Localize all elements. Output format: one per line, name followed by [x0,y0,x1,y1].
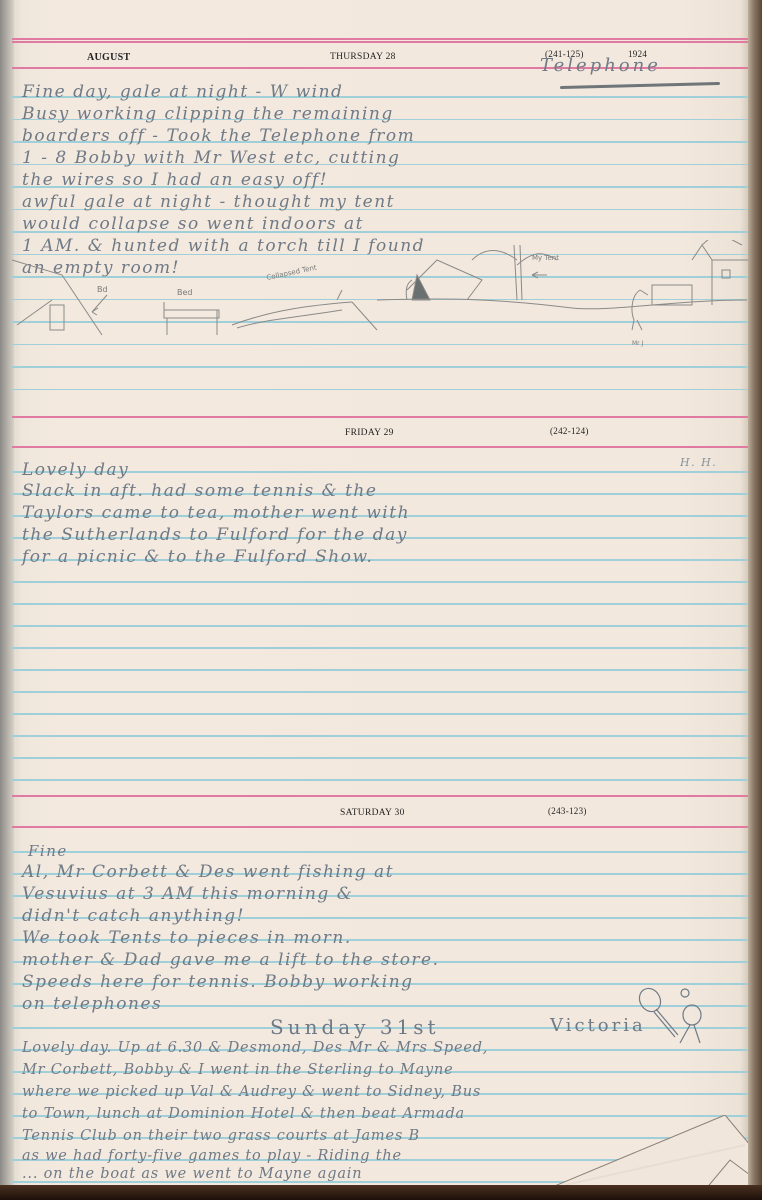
ruled-line [12,851,748,853]
entry-line: 1 - 8 Bobby with Mr West etc, cutting [22,148,400,168]
place-label: Victoria [550,1015,646,1036]
ruled-line [12,713,748,715]
entry-line: We took Tents to pieces in morn. [22,928,352,948]
entry-line: Fine day, gale at night - W wind [22,82,343,102]
ruled-line [12,669,748,671]
header-rule-bottom [12,446,748,448]
entry-line: Al, Mr Corbett & Des went fishing at [22,862,394,882]
entry-line: for a picnic & to the Fulford Show. [22,547,373,567]
header-rule-bottom [12,826,748,828]
book-bottom-edge [0,1185,762,1200]
sketch-label: Collapsed Tent [266,263,318,281]
ruled-line [12,735,748,737]
entry-line: to Town, lunch at Dominion Hotel & then … [22,1106,465,1122]
entry-line: Slack in aft. had some tennis & the [22,481,377,501]
entry-line: Fine [28,842,68,860]
ruled-line [12,647,748,649]
day-heading-handwritten: Sunday 31st [270,1015,440,1039]
entry-line: awful gale at night - thought my tent [22,192,395,212]
underline-mark [560,82,720,89]
day-count: (243-123) [548,806,587,816]
ruled-line [12,389,748,391]
entry-line: boarders off - Took the Telephone from [22,126,415,146]
day-heading: THURSDAY 28 [330,52,396,62]
entry-line: Busy working clipping the remaining [22,104,394,124]
ruled-line [12,603,748,605]
sketch-label: Bed [177,288,193,297]
sketch-label: Mr J [632,340,644,347]
ruled-line [12,581,748,583]
ruled-line [12,757,748,759]
margin-note: Telephone [540,55,661,76]
page-edge [748,0,762,1200]
day-heading: FRIDAY 29 [345,428,394,438]
header-rule-top [12,38,748,40]
ruled-line [12,625,748,627]
header-rule-top [12,416,748,418]
ruled-line [12,779,748,781]
ruled-line [12,366,748,368]
day-heading: SATURDAY 30 [340,808,405,818]
entry-line: Lovely day [22,460,129,480]
entry-line: didn't catch anything! [22,906,245,926]
entry-line: on telephones [22,994,162,1014]
day-count: (242-124) [550,426,589,436]
diary-page: AUGUST THURSDAY 28 (241-125) 1924 Teleph… [0,0,750,1188]
entry-line: where we picked up Val & Audrey & went t… [22,1084,481,1100]
month-label: AUGUST [87,52,130,63]
header-rule-top-double [12,41,748,43]
entry-line: Mr Corbett, Bobby & I went in the Sterli… [22,1062,454,1078]
entry-line: mother & Dad gave me a lift to the store… [22,950,440,970]
folded-page-corner [545,1115,750,1190]
entry-line: the Sutherlands to Fulford for the day [22,525,408,545]
entry-line: ... on the boat as we went to Mayne agai… [22,1166,362,1182]
entry-line: would collapse so went indoors at [22,214,364,234]
entry-line: Tennis Club on their two grass courts at… [22,1128,420,1144]
ruled-line [12,691,748,693]
sketch-label: Bd [97,285,108,294]
sketch-label: My Tent [532,254,559,262]
margin-note: H. H. [680,456,717,469]
entry-line: Vesuvius at 3 AM this morning & [22,884,353,904]
book-spine [0,0,14,1188]
entry-line: as we had forty-five games to play - Rid… [22,1148,402,1164]
entry-line: the wires so I had an easy off! [22,170,328,190]
entry-line: Speeds here for tennis. Bobby working [22,972,414,992]
entry-line: Taylors came to tea, mother went with [22,503,410,523]
entry-line: Lovely day. Up at 6.30 & Desmond, Des Mr… [22,1040,488,1056]
pencil-sketch: Bd Bed Collapsed Tent My Tent Mr J [12,240,748,350]
header-rule-top [12,795,748,797]
